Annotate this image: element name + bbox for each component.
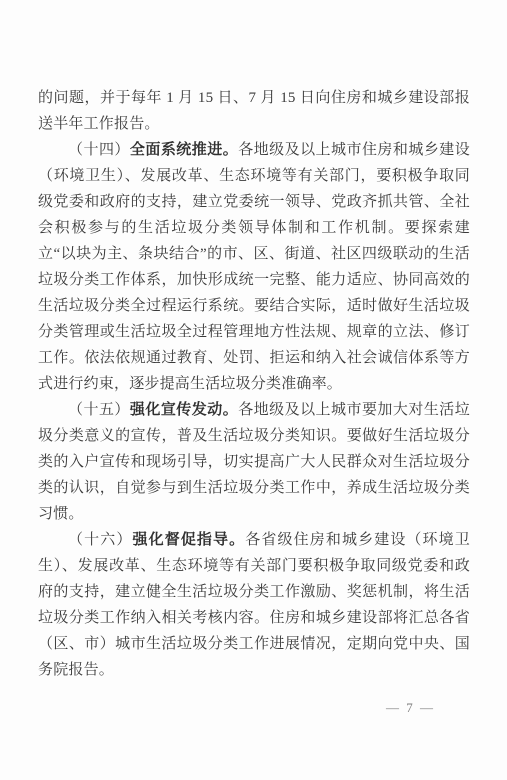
paragraph: （十五）强化宣传发动。各地级及以上城市要加大对生活垃圾分类意义的宣传，普及生活垃…: [38, 397, 470, 527]
text-run: （十六）: [68, 532, 132, 548]
section-title: 强化督促指导。: [132, 532, 245, 548]
document-body: 的问题，并于每年 1 月 15 日、7 月 15 日向住房和城乡建设部报送半年工…: [38, 85, 470, 683]
section-title: 全面系统推进。: [130, 142, 238, 158]
text-run: （十四）: [68, 142, 130, 158]
text-run: 各地级及以上城市住房和城乡建设（环境卫生）、发展改革、生态环境等有关部门，要积极…: [38, 142, 470, 392]
section-title: 强化宣传发动。: [130, 402, 238, 418]
page-number: — 7 —: [386, 699, 435, 717]
paragraph: （十四）全面系统推进。各地级及以上城市住房和城乡建设（环境卫生）、发展改革、生态…: [38, 137, 470, 397]
paragraph: （十六）强化督促指导。各省级住房和城乡建设（环境卫生）、发展改革、生态环境等有关…: [38, 527, 470, 683]
paragraph: 的问题，并于每年 1 月 15 日、7 月 15 日向住房和城乡建设部报送半年工…: [38, 85, 470, 137]
text-run: 的问题，并于每年 1 月 15 日、7 月 15 日向住房和城乡建设部报送半年工…: [38, 90, 470, 132]
text-run: 各省级住房和城乡建设（环境卫生）、发展改革、生态环境等有关部门要积极争取同级党委…: [38, 532, 470, 678]
document-page: 的问题，并于每年 1 月 15 日、7 月 15 日向住房和城乡建设部报送半年工…: [0, 0, 507, 780]
text-run: （十五）: [68, 402, 130, 418]
text-run: 各地级及以上城市要加大对生活垃圾分类意义的宣传，普及生活垃圾分类知识。要做好生活…: [38, 402, 470, 522]
